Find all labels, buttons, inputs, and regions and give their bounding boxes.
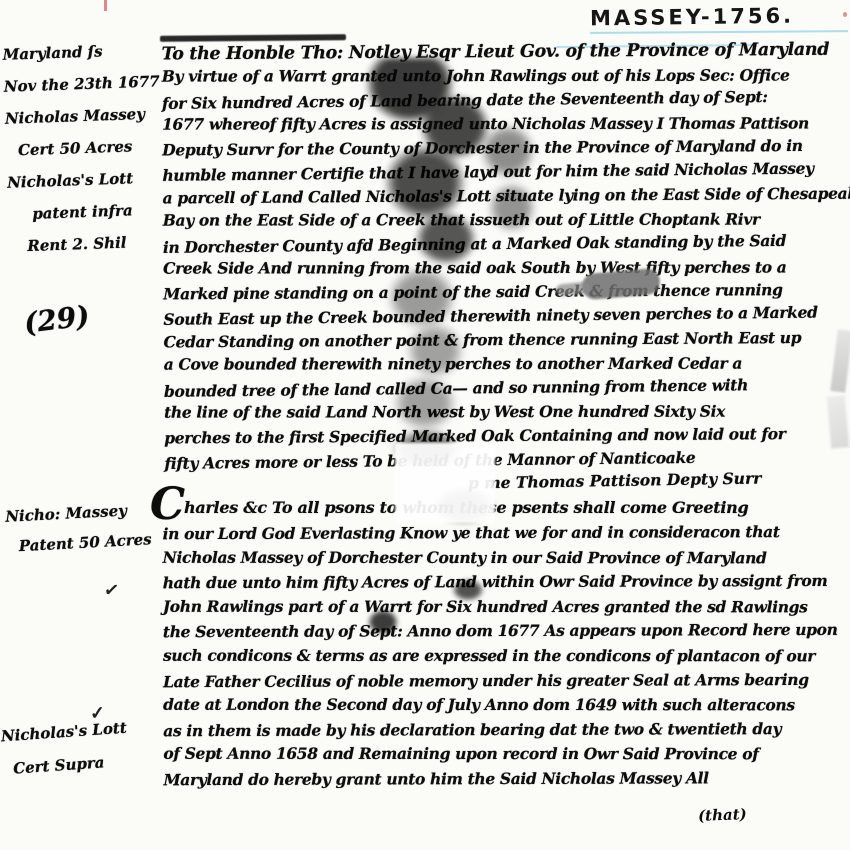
margin-note-supra: Nicholas's LottCert Supra (0, 712, 130, 787)
text-line: 1677 whereof fifty Acres is assigned unt… (162, 111, 850, 136)
illuminated-initial: C (150, 500, 183, 510)
text-line: Cert 50 Acres (17, 129, 162, 166)
text-line: Nicholas Massey of Dorchester County in … (163, 545, 850, 570)
page-number: (29) (22, 299, 91, 340)
red-tick-mark (104, 0, 107, 11)
text-line: date at London the Second day of July An… (163, 693, 850, 718)
surveyor-signature: p me Thomas Pattison Depty Surr (468, 468, 762, 492)
certificate-paragraph: To the Honble Tho: Notley Esqr Lieut Gov… (162, 38, 850, 475)
blue-underline (590, 30, 848, 34)
patent-paragraph: in our Lord God Everlasting Know ye that… (163, 520, 850, 793)
text-line: in our Lord God Everlasting Know ye that… (163, 520, 850, 547)
text-line: Patent 50 Acres (18, 524, 152, 561)
manuscript-page: MASSEY-1756. Maryland ſsNov the 23th 167… (0, 0, 850, 850)
text-line: Nicholas Massey (4, 97, 161, 134)
check-mark: ✓ (89, 702, 106, 724)
text-line: hath due unto him fifty Acres of Land wi… (163, 569, 850, 596)
text-line: Creek Side And running from the said oak… (163, 255, 850, 280)
text-line: the line of the said Land North west by … (164, 399, 850, 424)
patent-opening-text: harles &c To all psons to whom these pse… (184, 498, 748, 517)
red-dot-mark (843, 12, 847, 17)
text-line: patent infra (32, 193, 165, 230)
text-line: the Seventeenth day of Sept: Anno dom 16… (163, 618, 850, 645)
text-line: John Rawlings part of a Warrt for Six hu… (163, 594, 850, 619)
text-line: of Sept Anno 1658 and Remaining upon rec… (163, 742, 850, 767)
archive-label: MASSEY-1756. (590, 4, 794, 31)
text-line: Rent 2. Shil (27, 225, 166, 262)
text-line: as in them is made by his declaration be… (163, 717, 850, 744)
text-line: such condicons & terms as are expressed … (163, 644, 850, 669)
patent-opening-line: Charles &c To all psons to whom these ps… (150, 494, 850, 517)
text-line: Cert Supra (12, 745, 130, 786)
margin-note-patent: Nicho: MasseyPatent 50 Acres (5, 494, 153, 562)
text-line: To the Honble Tho: Notley Esqr Lieut Gov… (162, 38, 850, 67)
catchword: (that) (698, 805, 747, 825)
check-mark: ✓ (103, 579, 121, 602)
text-line: Late Father Cecilius of noble memory und… (163, 667, 850, 694)
margin-note-certificate: Maryland ſsNov the 23th 1677Nicholas Mas… (2, 33, 166, 262)
text-line: Maryland do hereby grant unto him the Sa… (163, 766, 850, 793)
